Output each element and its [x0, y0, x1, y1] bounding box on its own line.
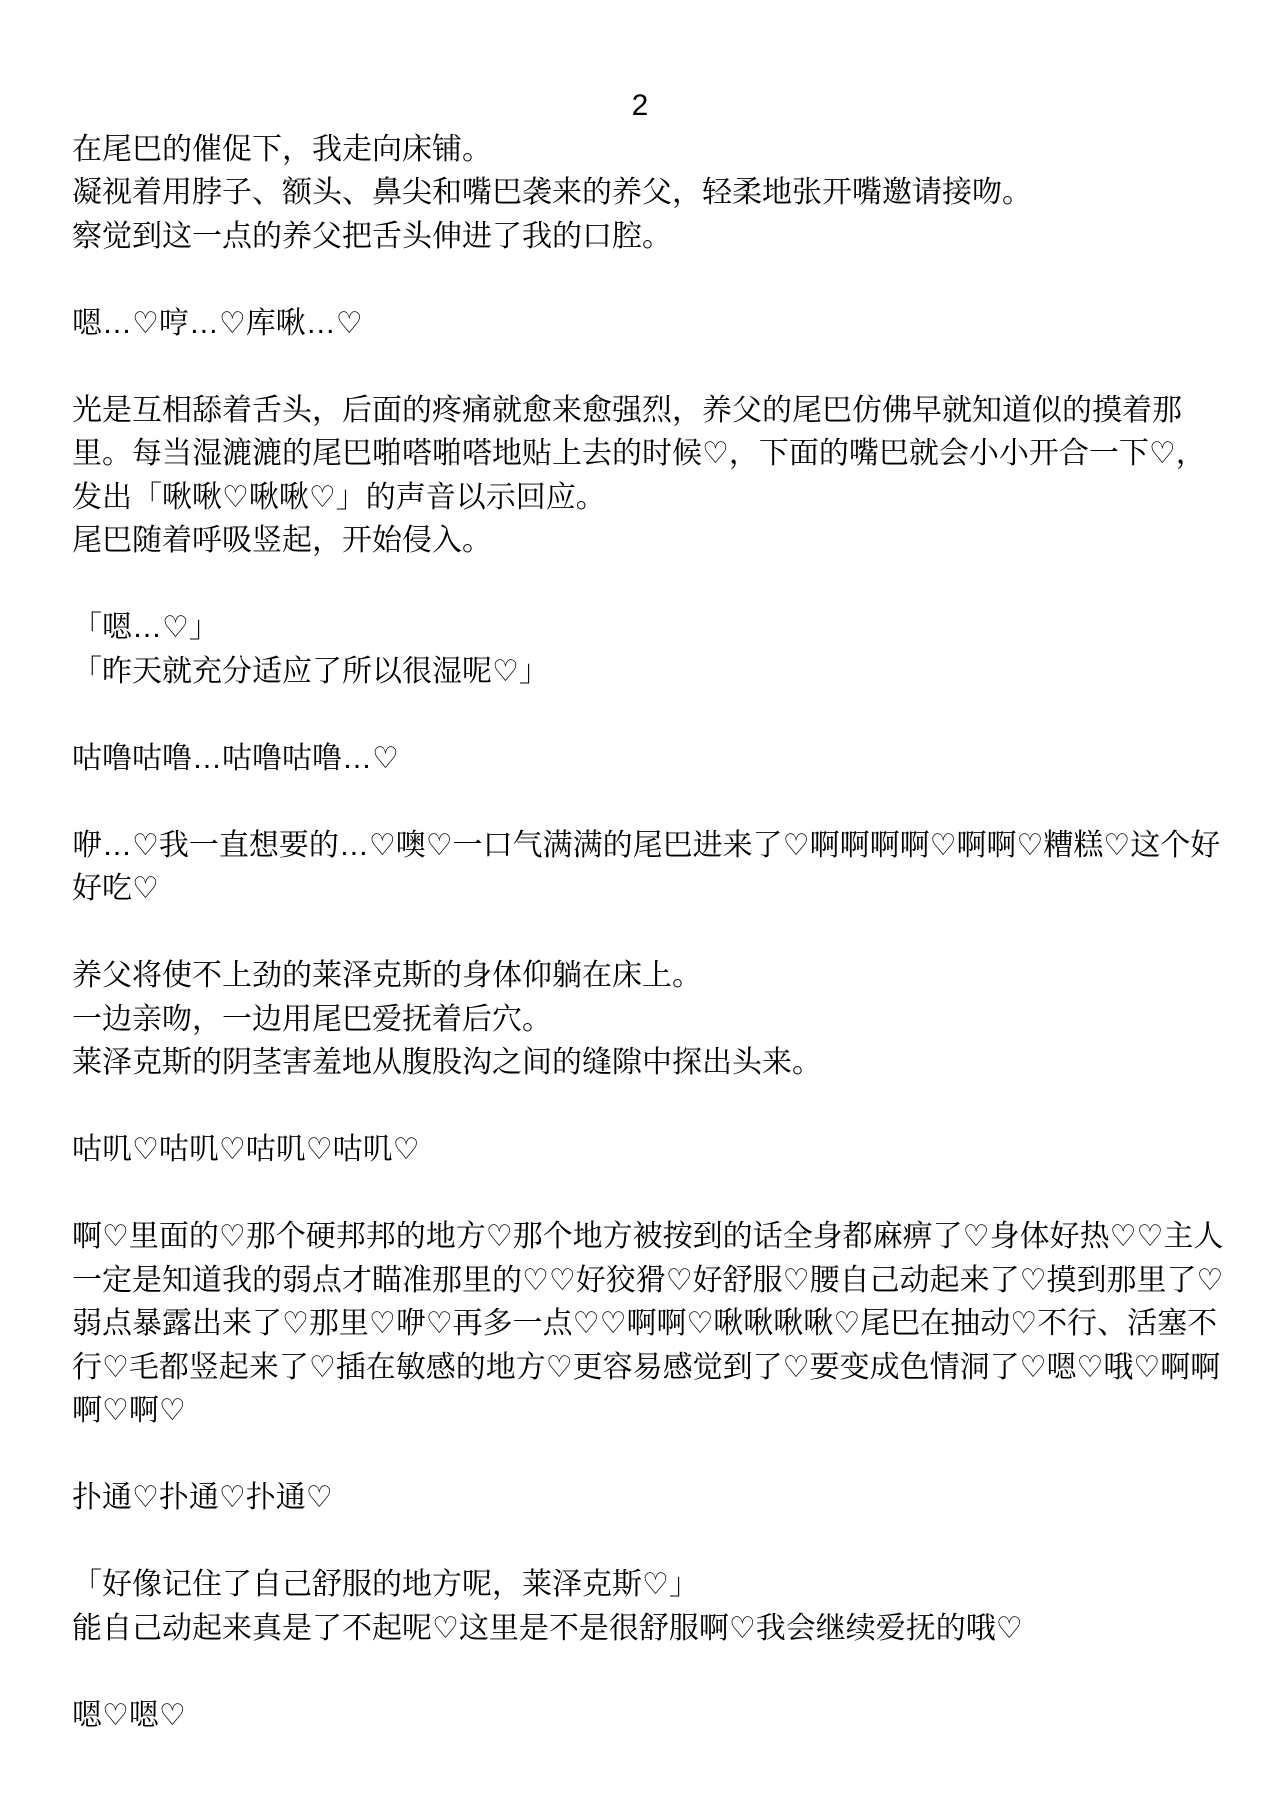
- text-line: 在尾巴的催促下，我走向床铺。: [72, 128, 1224, 172]
- paragraph: 嗯…♡哼…♡库啾…♡: [72, 302, 1224, 346]
- paragraph: 「嗯…♡」「昨天就充分适应了所以很湿呢♡」: [72, 606, 1224, 693]
- text-line: 里。每当湿漉漉的尾巴啪嗒啪嗒地贴上去的时候♡，下面的嘴巴就会小小开合一下♡，: [72, 432, 1224, 476]
- paragraph: 咕叽♡咕叽♡咕叽♡咕叽♡: [72, 1128, 1224, 1172]
- document-page: 2 在尾巴的催促下，我走向床铺。凝视着用脖子、额头、鼻尖和嘴巴袭来的养父，轻柔地…: [0, 0, 1280, 1810]
- text-line: 咕噜咕噜…咕噜咕噜…♡: [72, 737, 1224, 781]
- text-line: 凝视着用脖子、额头、鼻尖和嘴巴袭来的养父，轻柔地张开嘴邀请接吻。: [72, 171, 1224, 215]
- paragraph: 咕噜咕噜…咕噜咕噜…♡: [72, 737, 1224, 781]
- text-line: 咿…♡我一直想要的…♡噢♡一口气满满的尾巴进来了♡啊啊啊啊♡啊啊♡糟糕♡这个好: [72, 824, 1224, 868]
- blank-line: [72, 563, 1224, 607]
- paragraph: 啊♡里面的♡那个硬邦邦的地方♡那个地方被按到的话全身都麻痹了♡身体好热♡♡主人一…: [72, 1215, 1224, 1433]
- blank-line: [72, 1520, 1224, 1564]
- text-line: 嗯…♡哼…♡库啾…♡: [72, 302, 1224, 346]
- blank-line: [72, 258, 1224, 302]
- text-line: 一边亲吻，一边用尾巴爱抚着后穴。: [72, 998, 1224, 1042]
- blank-line: [72, 911, 1224, 955]
- text-line: 发出「啾啾♡啾啾♡」的声音以示回应。: [72, 476, 1224, 520]
- paragraph: 在尾巴的催促下，我走向床铺。凝视着用脖子、额头、鼻尖和嘴巴袭来的养父，轻柔地张开…: [72, 128, 1224, 259]
- text-line: 「昨天就充分适应了所以很湿呢♡」: [72, 650, 1224, 694]
- blank-line: [72, 693, 1224, 737]
- blank-line: [72, 780, 1224, 824]
- blank-line: [72, 1172, 1224, 1216]
- text-line: 一定是知道我的弱点才瞄准那里的♡♡好狡猾♡好舒服♡腰自己动起来了♡摸到那里了♡: [72, 1259, 1224, 1303]
- paragraph: 「好像记住了自己舒服的地方呢，莱泽克斯♡」能自己动起来真是了不起呢♡这里是不是很…: [72, 1563, 1224, 1650]
- text-line: 啊♡啊♡: [72, 1389, 1224, 1433]
- paragraph: 咿…♡我一直想要的…♡噢♡一口气满满的尾巴进来了♡啊啊啊啊♡啊啊♡糟糕♡这个好好…: [72, 824, 1224, 911]
- text-line: 弱点暴露出来了♡那里♡咿♡再多一点♡♡啊啊♡啾啾啾啾♡尾巴在抽动♡不行、活塞不: [72, 1302, 1224, 1346]
- text-line: 养父将使不上劲的莱泽克斯的身体仰躺在床上。: [72, 954, 1224, 998]
- text-line: 「好像记住了自己舒服的地方呢，莱泽克斯♡」: [72, 1563, 1224, 1607]
- blank-line: [72, 345, 1224, 389]
- text-line: 光是互相舔着舌头，后面的疼痛就愈来愈强烈，养父的尾巴仿佛早就知道似的摸着那: [72, 389, 1224, 433]
- text-line: 「嗯…♡」: [72, 606, 1224, 650]
- text-line: 察觉到这一点的养父把舌头伸进了我的口腔。: [72, 215, 1224, 259]
- text-line: 尾巴随着呼吸竖起，开始侵入。: [72, 519, 1224, 563]
- text-line: 行♡毛都竖起来了♡插在敏感的地方♡更容易感觉到了♡要变成色情洞了♡嗯♡哦♡啊啊: [72, 1346, 1224, 1390]
- paragraph: 扑通♡扑通♡扑通♡: [72, 1476, 1224, 1520]
- blank-line: [72, 1650, 1224, 1694]
- paragraph: 嗯♡嗯♡: [72, 1694, 1224, 1738]
- text-line: 啊♡里面的♡那个硬邦邦的地方♡那个地方被按到的话全身都麻痹了♡身体好热♡♡主人: [72, 1215, 1224, 1259]
- text-line: 嗯♡嗯♡: [72, 1694, 1224, 1738]
- text-line: 莱泽克斯的阴茎害羞地从腹股沟之间的缝隙中探出头来。: [72, 1041, 1224, 1085]
- text-line: 能自己动起来真是了不起呢♡这里是不是很舒服啊♡我会继续爱抚的哦♡: [72, 1607, 1224, 1651]
- text-line: 好吃♡: [72, 867, 1224, 911]
- paragraph: 养父将使不上劲的莱泽克斯的身体仰躺在床上。一边亲吻，一边用尾巴爱抚着后穴。莱泽克…: [72, 954, 1224, 1085]
- blank-line: [72, 1433, 1224, 1477]
- text-line: 扑通♡扑通♡扑通♡: [72, 1476, 1224, 1520]
- blank-line: [72, 1085, 1224, 1129]
- text-line: 咕叽♡咕叽♡咕叽♡咕叽♡: [72, 1128, 1224, 1172]
- paragraph: 光是互相舔着舌头，后面的疼痛就愈来愈强烈，养父的尾巴仿佛早就知道似的摸着那里。每…: [72, 389, 1224, 563]
- page-number: 2: [0, 84, 1280, 128]
- text-content: 在尾巴的催促下，我走向床铺。凝视着用脖子、额头、鼻尖和嘴巴袭来的养父，轻柔地张开…: [0, 128, 1280, 1738]
